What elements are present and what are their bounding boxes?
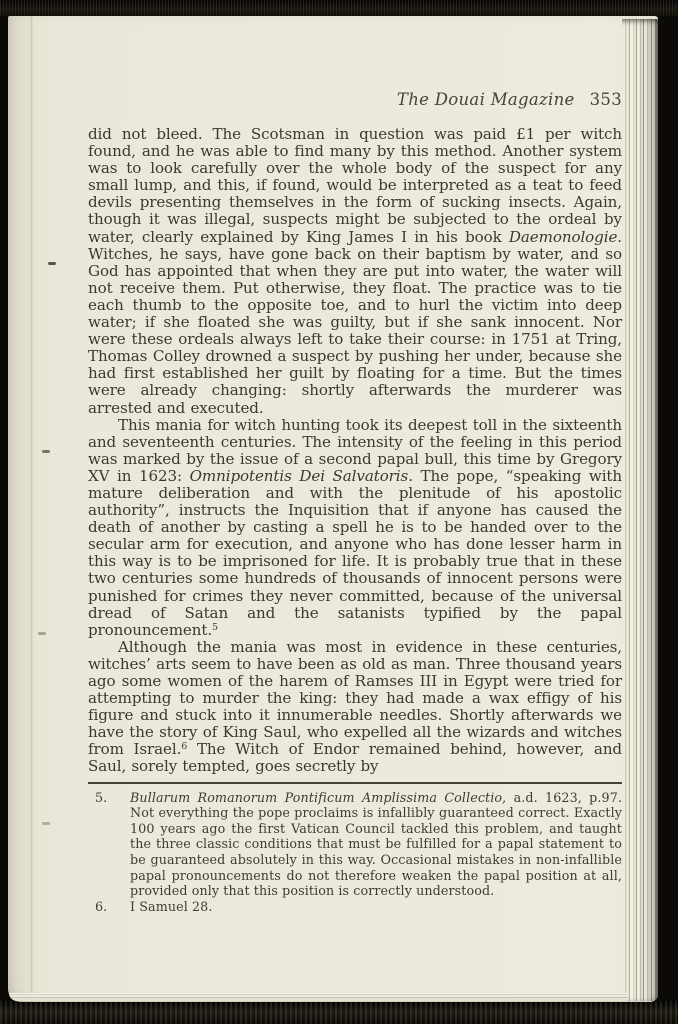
binding-stitch-mark bbox=[42, 450, 50, 453]
footnote-marker: 6. bbox=[95, 899, 107, 915]
footnote-5: 5.Bullarum Romanorum Pontificum Amplissi… bbox=[88, 790, 622, 899]
bottom-page-stack bbox=[9, 993, 628, 1001]
footnote-6: 6.I Samuel 28. bbox=[88, 899, 622, 915]
page-header: The Douai Magazine353 bbox=[88, 90, 622, 109]
scanned-page: The Douai Magazine353 did not bleed. The… bbox=[8, 16, 658, 1002]
footnote-separator-rule bbox=[88, 782, 622, 784]
body-paragraph-1: did not bleed. The Scotsman in question … bbox=[88, 126, 622, 417]
body-paragraph-3: Although the mania was most in evidence … bbox=[88, 639, 622, 776]
italic-text-run: Omnipotentis Dei Salvatoris bbox=[190, 467, 409, 485]
binding-stitch-mark bbox=[42, 822, 50, 825]
book-cover-bottom-edge bbox=[0, 1001, 678, 1024]
binding-crease bbox=[30, 16, 33, 1002]
italic-text-run: Daemonologie bbox=[509, 228, 617, 246]
fore-edge-page-stack bbox=[622, 19, 658, 1001]
text-run: . The pope, “speaking with mature delibe… bbox=[88, 467, 622, 639]
footnote-reference-5: 5 bbox=[212, 622, 218, 633]
page-content: The Douai Magazine353 did not bleed. The… bbox=[88, 90, 622, 914]
text-run: . Witches, he says, have gone back on th… bbox=[88, 228, 622, 417]
text-run: I Samuel 28. bbox=[130, 899, 212, 914]
binding-stitch-mark bbox=[38, 632, 46, 635]
page-number: 353 bbox=[590, 90, 622, 109]
book-cover-top-edge bbox=[0, 0, 678, 16]
body-paragraph-2: This mania for witch hunting took its de… bbox=[88, 417, 622, 639]
binding-stitch-mark bbox=[48, 262, 56, 265]
journal-title: The Douai Magazine bbox=[397, 90, 575, 109]
text-run: , a.d. 1623, p.97. Not everything the po… bbox=[130, 790, 622, 899]
italic-text-run: Bullarum Romanorum Pontificum Amplissima… bbox=[130, 790, 502, 805]
footnote-marker: 5. bbox=[95, 790, 107, 806]
book-scan: The Douai Magazine353 did not bleed. The… bbox=[0, 0, 678, 1024]
